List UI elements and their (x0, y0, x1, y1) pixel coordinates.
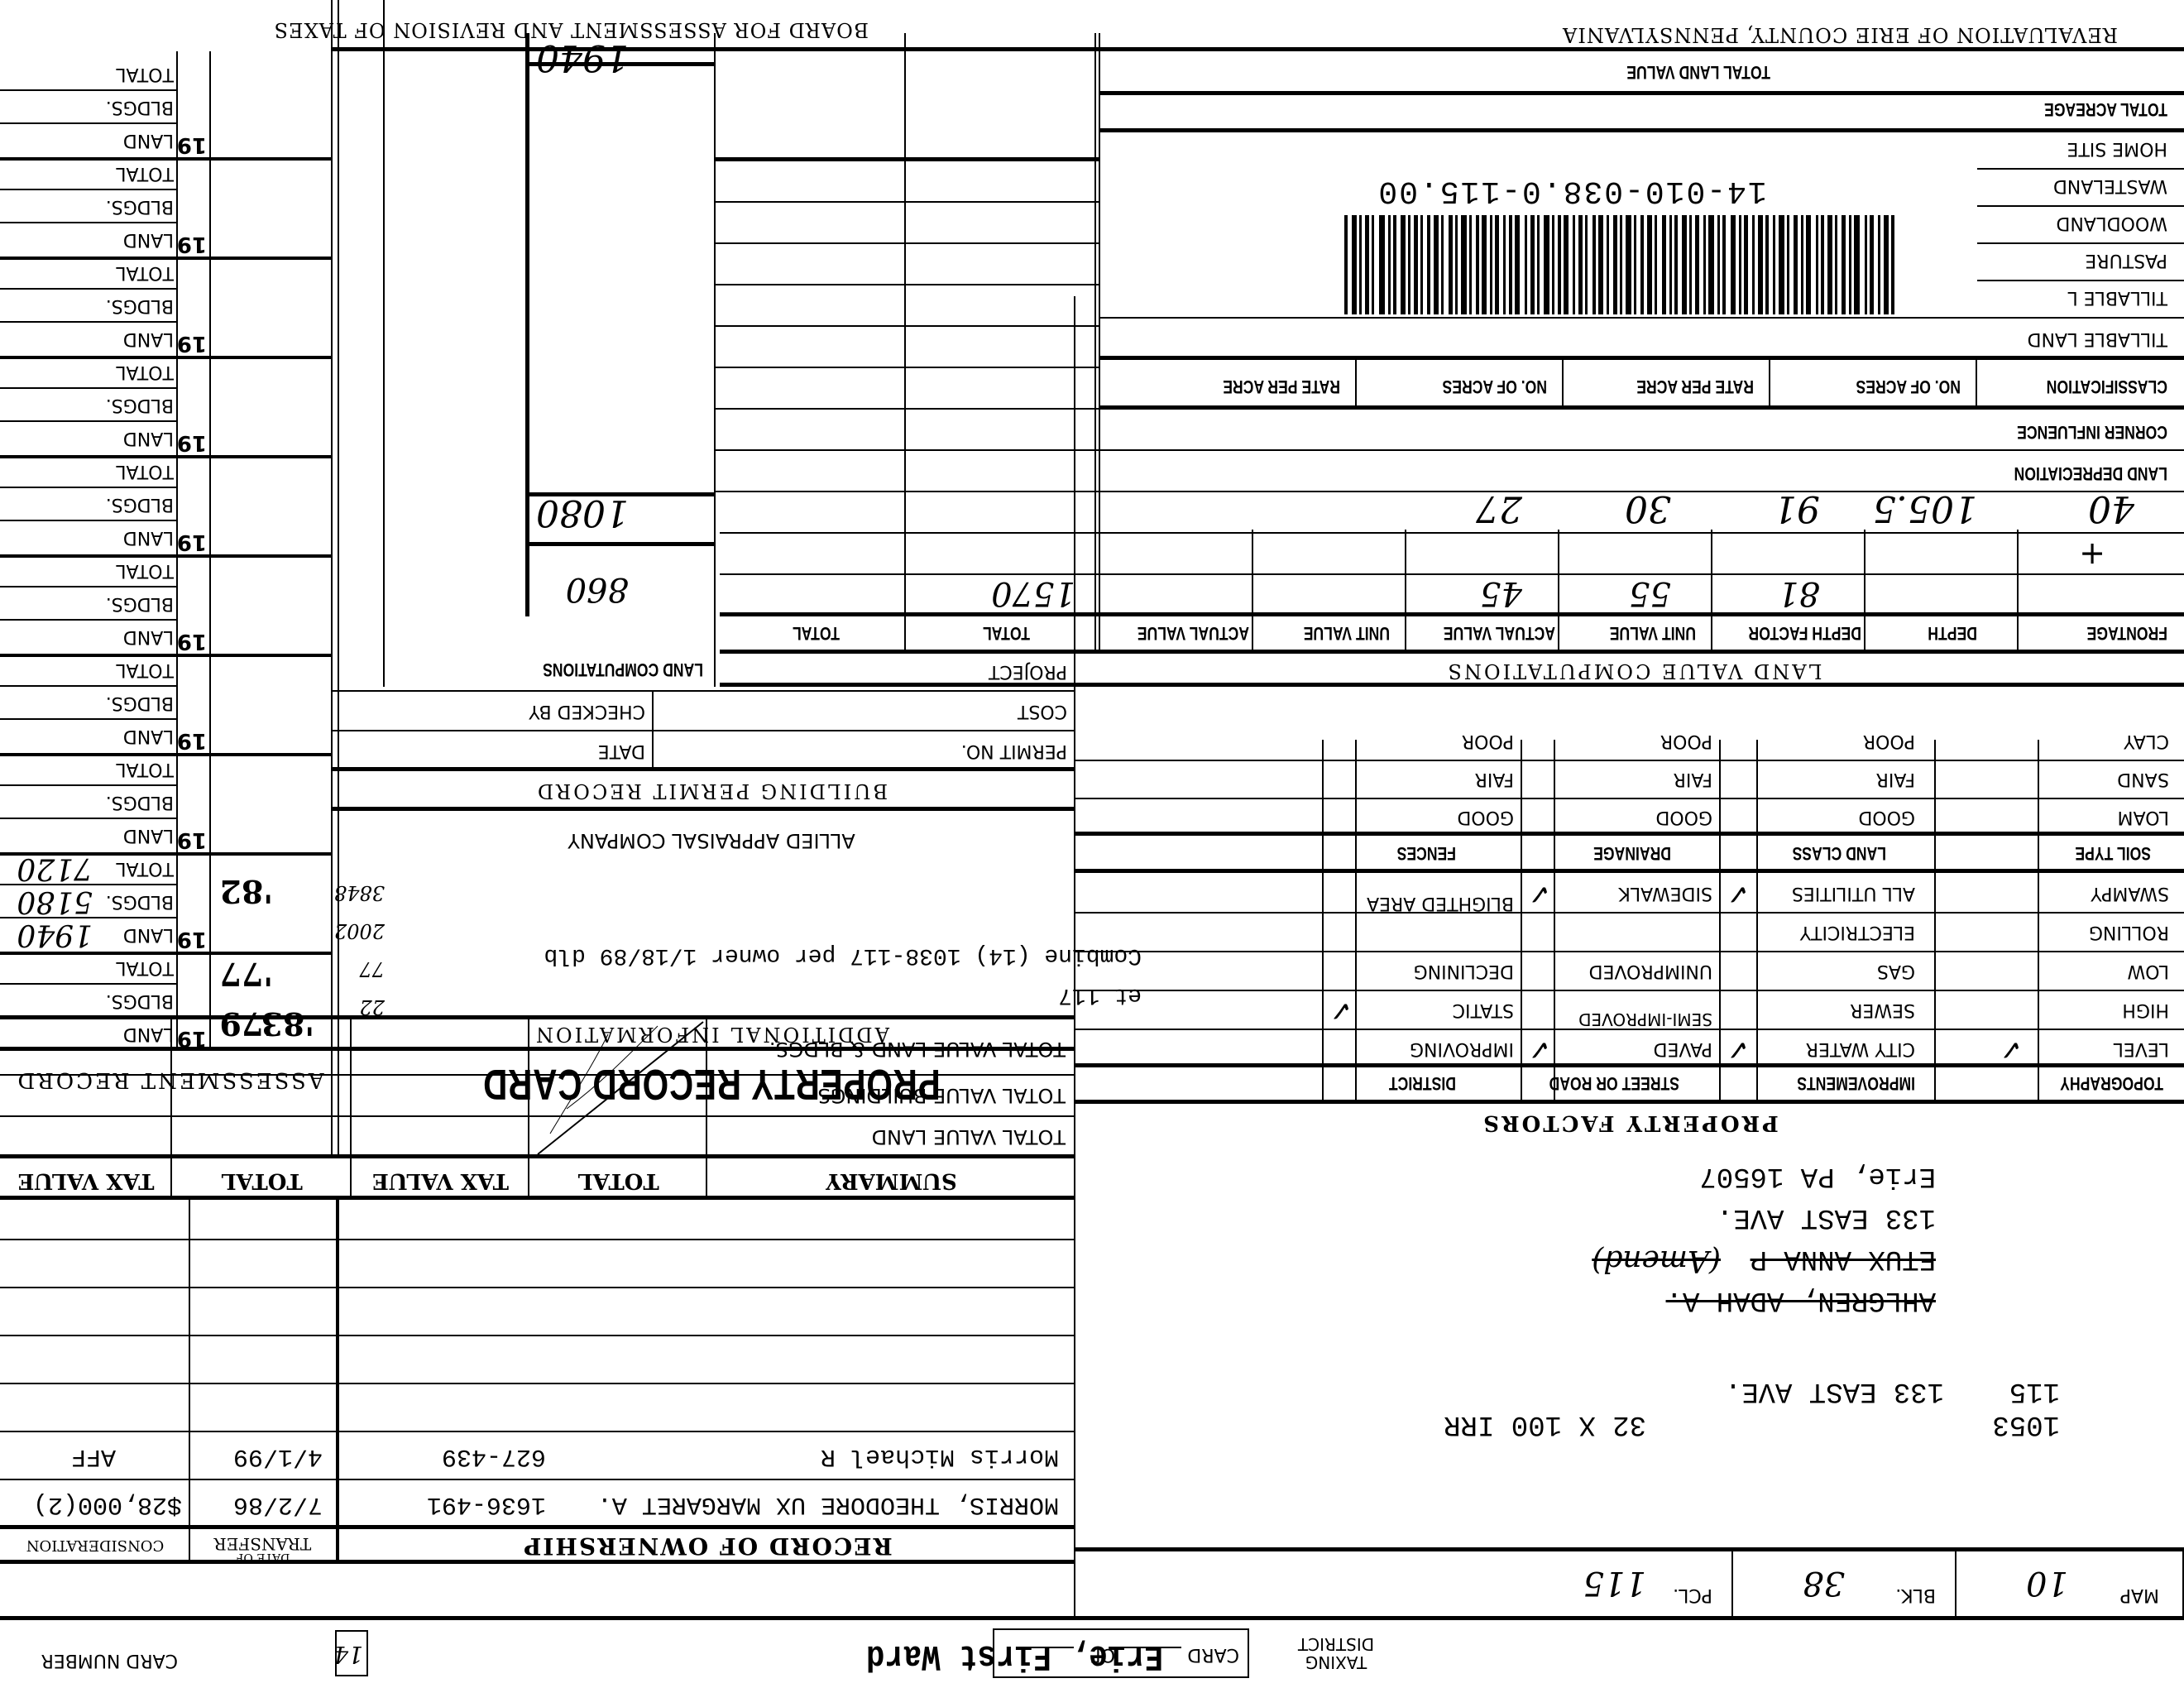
land-label: LAND (123, 130, 174, 151)
blk-label: BLK. (1895, 1585, 1936, 1605)
land-computation-value-1080: 1080 (536, 492, 629, 534)
land-label: LAND (123, 328, 174, 349)
total-land-value-label: TOTAL LAND VALUE (1626, 61, 1770, 83)
assessment-block: 19 LAND BLDGS. TOTAL (0, 455, 333, 554)
factor-improvement: SEWER (1850, 1000, 1915, 1020)
assessed-land-value: 1940 (17, 918, 93, 952)
factor-improvement: GAS (1877, 961, 1915, 981)
ownership-row (0, 1239, 1075, 1287)
land-label: LAND (123, 428, 174, 448)
ownership-row (0, 1383, 1075, 1431)
bldgs-label: BLDGS. (106, 395, 174, 415)
assessment-block: 19 LAND BLDGS. TOTAL (0, 654, 333, 753)
total-label: TOTAL (116, 759, 174, 779)
land-class-option: GOOD (1858, 807, 1915, 827)
land-computation-value-1940: 1940 (536, 36, 629, 79)
ownership-row: Morris Michael R 627-439 4/1/99 AFF (0, 1431, 1075, 1479)
corner-influence-label: CORNER INFLUENCE (2017, 421, 2167, 443)
total-label: TOTAL (116, 461, 174, 482)
row1-unit-value: 55 (1629, 574, 1671, 612)
total-header: TOTAL (983, 622, 1030, 644)
street-address: 133 EAST AVE. (1725, 1375, 1944, 1407)
total-label: TOTAL (116, 64, 174, 84)
bldgs-label: BLDGS. (106, 97, 174, 117)
year-prefix: 19 (177, 132, 207, 157)
class-tillable-land: TILLABLE LAND (2028, 328, 2167, 349)
bldgs-label: BLDGS. (106, 593, 174, 614)
factor-row: LEVEL ✓ CITY WATER ✓ PAVED ✓ IMPROVING (1075, 1029, 2184, 1067)
factor-district: DECLINING (1414, 961, 1514, 981)
land-label: LAND (123, 626, 174, 647)
additional-info-line-2: Combine (14) 1038-117 per owner 1/18/89 … (544, 942, 1142, 968)
blk-field[interactable]: BLK. 38 (1737, 1556, 1952, 1614)
land-class-option: FAIR (1876, 769, 1915, 789)
class-home-site: HOME SITE (2067, 138, 2167, 159)
permit-project-label: PROJECT (989, 661, 1067, 682)
stamp-79: '79 (219, 1005, 273, 1043)
soil-label: CLAY (2124, 731, 2169, 751)
soil-row: SAND FAIR FAIR FAIR (1075, 760, 2184, 798)
property-factors-title: PROPERTY FACTORS (1075, 1110, 2184, 1135)
drainage-option: GOOD (1655, 807, 1712, 827)
map-value: 10 (2026, 1564, 2068, 1602)
drainage-header: DRAINAGE (1593, 842, 1671, 864)
topography-header: TOPOGRAPHY (2060, 1072, 2163, 1094)
land-depreciation-label: LAND DEPRECIATION (2014, 463, 2167, 484)
year-prefix: 19 (174, 952, 207, 1051)
row3-depth: 105.5 (1873, 487, 1977, 530)
fences-option: GOOD (1457, 807, 1514, 827)
row3-actual-value: 27 (1476, 487, 1522, 530)
assessment-record-title: ASSESSMENT RECORD (0, 1067, 339, 1092)
old-number: 1053 (1992, 1408, 2060, 1440)
class-pasture: PASTURE (2085, 250, 2167, 271)
factor-topography: HIGH (2122, 1000, 2169, 1020)
pcl-label: PCL. (1673, 1585, 1712, 1605)
total-label: TOTAL (116, 858, 174, 879)
drainage-option: FAIR (1674, 769, 1712, 789)
assessment-block: 19 LAND BLDGS. TOTAL (0, 257, 333, 356)
assessment-block: 19 LAND BLDGS. TOTAL (0, 54, 333, 157)
summary-tax-value-header-2: TAX VALUE (0, 1168, 172, 1193)
bldgs-label: BLDGS. (106, 693, 174, 713)
drainage-option: POOR (1660, 731, 1712, 751)
bldgs-label: BLDGS. (106, 990, 174, 1011)
factor-improvement: CITY WATER (1806, 1038, 1915, 1059)
permit-cost-label: COST (1018, 701, 1067, 722)
row3-depth-factor: 91 (1774, 487, 1820, 530)
year-prefix: 19 (177, 331, 207, 356)
summary-total-header-2: TOTAL (172, 1168, 352, 1193)
land-label: LAND (123, 1024, 174, 1044)
owner-deed: 1636-491 (427, 1490, 546, 1518)
improvements-header: IMPROVEMENTS (1797, 1072, 1915, 1094)
factor-street: SEMI-IMPROVED (1564, 1010, 1712, 1029)
assessment-block: 19 LAND BLDGS. TOTAL (0, 157, 333, 257)
owner-name: MORRIS, THEODORE UX MARGARET A. (597, 1490, 1059, 1518)
year-prefix: 19 (177, 728, 207, 753)
factor-topography: SWAMPY (2091, 883, 2169, 904)
fences-header: FENCES (1397, 842, 1456, 864)
soil-label: LOAM (2118, 807, 2169, 827)
classification-header: CLASSIFICATION (2047, 376, 2167, 397)
factor-improvement: ALL UTILITIES (1792, 883, 1915, 904)
owner-date: 7/2/86 (233, 1490, 323, 1518)
property-record-card-title: PROPERTY RECORD CARD (428, 1059, 995, 1109)
mailing-handwritten-note: (Amend) (1592, 1244, 1721, 1278)
checkbox-all-utilities[interactable]: ✓ (1727, 877, 1751, 910)
taxing-district-value: Erie, First Ward (896, 1635, 1163, 1676)
district-header: DISTRICT (1389, 1072, 1456, 1094)
row1-actual-value: 45 (1480, 574, 1522, 612)
class-woodland: WOODLAND (2056, 213, 2167, 233)
assessed-total-value: 7120 (17, 851, 93, 885)
frontage-header: FRONTAGE (2087, 622, 2167, 644)
map-field[interactable]: MAP 10 (1961, 1556, 2176, 1614)
ownership-row: MORRIS, THEODORE UX MARGARET A. 1636-491… (0, 1479, 1075, 1527)
card-number-label: CARD NUMBER (29, 1650, 178, 1670)
owner-consideration: AFF (71, 1442, 116, 1470)
permit-checked-by-label: CHECKED BY (529, 701, 645, 722)
depth-header: DEPTH (1928, 622, 1977, 644)
total-label: TOTAL (116, 560, 174, 581)
blk-value: 38 (1803, 1564, 1845, 1602)
row3-frontage: 40 (2088, 487, 2134, 530)
year-prefix: 19 (177, 530, 207, 554)
actual-value-header-2: ACTUAL VALUE (1137, 622, 1249, 644)
margin-note: 2002 (335, 912, 385, 950)
factor-topography: LEVEL (2114, 1038, 2169, 1059)
checkbox-static[interactable]: ✓ (1329, 994, 1353, 1027)
factor-street: PAVED (1654, 1038, 1712, 1059)
land-label: LAND (123, 527, 174, 548)
total-label: TOTAL (116, 659, 174, 680)
taxing-district-label: TAXING DISTRICT (1282, 1635, 1390, 1671)
depth-factor-header: DEPTH FACTOR (1748, 622, 1861, 644)
consideration-header: CONSIDERATION (0, 1537, 190, 1554)
rate-per-acre-header: RATE PER ACRE (1636, 376, 1754, 397)
pcl-value: 115 (1583, 1564, 1646, 1602)
factor-row: LOW GAS UNIMPROVED DECLINING (1075, 951, 2184, 990)
assessment-block: 19 LAND BLDGS. TOTAL (0, 753, 333, 852)
no-of-acres-header: NO. OF ACRES (1856, 376, 1961, 397)
owner-name: Morris Michael R (821, 1442, 1059, 1470)
rate-per-acre-header-2: RATE PER ACRE (1223, 376, 1340, 397)
stamp-82: '82 (219, 873, 273, 910)
fences-option: POOR (1462, 731, 1514, 751)
transfer-label: TRANSFER (190, 1537, 335, 1551)
year-prefix: 19 (177, 629, 207, 654)
parcel-id-text: 14-010-038.0-115.00 (1249, 173, 1894, 209)
year-stamps: '83 '79 '77 '82 (211, 844, 331, 1043)
land-label: LAND (123, 726, 174, 746)
district-box-value: 14 (333, 1641, 363, 1668)
revaluation-title: REVALUATION OF ERIE COUNTY, PENNSYLVANIA (1562, 23, 2118, 46)
owner-deed: 627-439 (442, 1442, 546, 1470)
bldgs-label: BLDGS. (106, 196, 174, 217)
factor-row: SWAMPY ALL UTILITIES ✓ SIDEWALK ✓ BLIGHT… (1075, 873, 2184, 912)
factor-improvement: ELECTRICITY (1800, 922, 1915, 942)
permit-no-label: PERMIT NO. (961, 741, 1067, 761)
class-tillable-l: TILLABLE L (2068, 287, 2168, 308)
total-label: TOTAL (116, 163, 174, 184)
board-title: BOARD FOR ASSESSMENT AND REVISION OF TAX… (274, 18, 869, 41)
total-label: TOTAL (116, 362, 174, 382)
soil-type-header: SOIL TYPE (2075, 842, 2151, 864)
row2-frontage-mark: + (2079, 536, 2105, 573)
factor-district: IMPROVING (1410, 1038, 1514, 1059)
factor-district: STATIC (1453, 1000, 1514, 1020)
soil-row: LOAM GOOD GOOD GOOD (1075, 798, 2184, 836)
total-acreage-label: TOTAL ACREAGE (2044, 98, 2167, 120)
soil-label: SAND (2117, 769, 2169, 789)
soil-row: CLAY POOR POOR POOR (1075, 722, 2184, 760)
margin-note: 77 (335, 950, 385, 988)
total-label: TOTAL (116, 262, 174, 283)
bldgs-label: BLDGS. (106, 494, 174, 515)
factor-row: HIGH SEWER SEMI-IMPROVED STATIC ✓ (1075, 990, 2184, 1029)
no-of-acres-header-2: NO. OF ACRES (1443, 376, 1547, 397)
pcl-field[interactable]: PCL. 115 (1398, 1556, 1729, 1614)
owner-consideration: $28,000(2) (33, 1490, 182, 1518)
assessment-block: 19 LAND BLDGS. TOTAL (0, 356, 333, 455)
land-class-option: POOR (1863, 731, 1915, 751)
year-prefix: 19 (177, 232, 207, 257)
unit-value-header-2: UNIT VALUE (1304, 622, 1390, 644)
land-label: LAND (123, 229, 174, 250)
date-of-transfer-header: DATE OF TRANSFER (190, 1537, 335, 1564)
ownership-row (0, 1335, 1075, 1383)
mailing-street: 133 EAST AVE. (1717, 1201, 1936, 1233)
year-prefix: 19 (177, 827, 207, 852)
additional-info-line-1: et 117 (1058, 982, 1142, 1008)
street-road-header: STREET OR ROAD (1549, 1072, 1679, 1094)
class-wasteland: WASTELAND (2053, 175, 2167, 196)
margin-note: 3848 (335, 874, 385, 912)
factor-street: UNIMPROVED (1589, 961, 1712, 981)
actual-value-header: ACTUAL VALUE (1444, 622, 1555, 644)
stamp-77: '77 (219, 956, 273, 993)
assessment-block: 19 LAND BLDGS. TOTAL (0, 554, 333, 654)
land-value-computations-title: LAND VALUE COMPUTATIONS (1084, 659, 2184, 683)
margin-notes: 22 77 2002 3848 (335, 874, 385, 1026)
summary-tax-value-header: TAX VALUE (352, 1168, 529, 1193)
year-prefix: 19 (177, 430, 207, 455)
factor-topography: ROLLING (2089, 922, 2169, 942)
summary-row-land: TOTAL VALUE LAND (872, 1125, 1066, 1149)
total-label: TOTAL (116, 957, 174, 978)
ownership-row (0, 1287, 1075, 1335)
bldgs-label: BLDGS. (106, 891, 174, 912)
year-prefix: 19 (177, 927, 207, 952)
land-label: LAND (123, 825, 174, 846)
mailing-struck-line-1: AHLGREN, ADAH A. (1666, 1284, 1936, 1316)
row3-unit-value: 30 (1625, 487, 1671, 530)
ownership-title: RECORD OF OWNERSHIP (339, 1532, 1075, 1560)
checkbox-sidewalk[interactable]: ✓ (1528, 877, 1552, 910)
assessed-bldgs-value: 5180 (17, 885, 93, 918)
land-label: LAND (123, 924, 174, 945)
land-computations-title: LAND COMPUTATIONS (543, 659, 703, 680)
allied-appraisal-company: ALLIED APPRAISAL COMPANY (347, 829, 1075, 852)
row1-depth-factor: 81 (1778, 574, 1820, 612)
card-label: CARD (1187, 1644, 1239, 1665)
permit-date-label: DATE (598, 741, 645, 761)
factor-row: ROLLING ELECTRICITY (1075, 912, 2184, 951)
row1-total: 1570 (991, 574, 1075, 612)
factor-street: SIDEWALK (1618, 883, 1712, 904)
land-computation-value-860: 860 (566, 570, 629, 608)
district-box: 14 (335, 1630, 368, 1676)
property-record-card: CARD NUMBER CARD OF TAXING DISTRICT Erie… (0, 0, 2184, 1688)
lot-size: 32 X 100 IRR (1444, 1408, 1646, 1440)
owner-date: 4/1/99 (233, 1442, 323, 1470)
summary-total-header: TOTAL (529, 1168, 707, 1193)
building-permit-title: BUILDING PERMIT RECORD (347, 779, 1075, 803)
factor-topography: LOW (2127, 961, 2169, 981)
mailing-struck-line-2: ETUX ANNA P (1751, 1243, 1936, 1274)
margin-note: 22 (335, 988, 385, 1026)
mailing-city: Erie, PA 16507 (1699, 1160, 1936, 1192)
checkbox-level[interactable]: ✓ (2000, 1033, 2024, 1066)
parcel-number: 115 (2009, 1375, 2060, 1407)
land-class-header: LAND CLASS (1793, 842, 1886, 864)
total-header-2: TOTAL (793, 622, 840, 644)
map-label: MAP (2120, 1585, 2159, 1605)
fences-option: FAIR (1475, 769, 1514, 789)
bldgs-label: BLDGS. (106, 792, 174, 813)
checkbox-city-water[interactable]: ✓ (1727, 1033, 1751, 1066)
barcode-label: 14-010-038.0-115.00 (1233, 170, 1894, 314)
barcode-icon (1249, 215, 1894, 314)
factor-district: BLIGHTED AREA (1365, 894, 1514, 912)
checkbox-paved[interactable]: ✓ (1528, 1033, 1552, 1066)
summary-header: SUMMARY (707, 1168, 1075, 1193)
unit-value-header: UNIT VALUE (1610, 622, 1696, 644)
bldgs-label: BLDGS. (106, 295, 174, 316)
additional-information-title: ADDITIONAL INFORMATION (347, 1023, 1075, 1046)
